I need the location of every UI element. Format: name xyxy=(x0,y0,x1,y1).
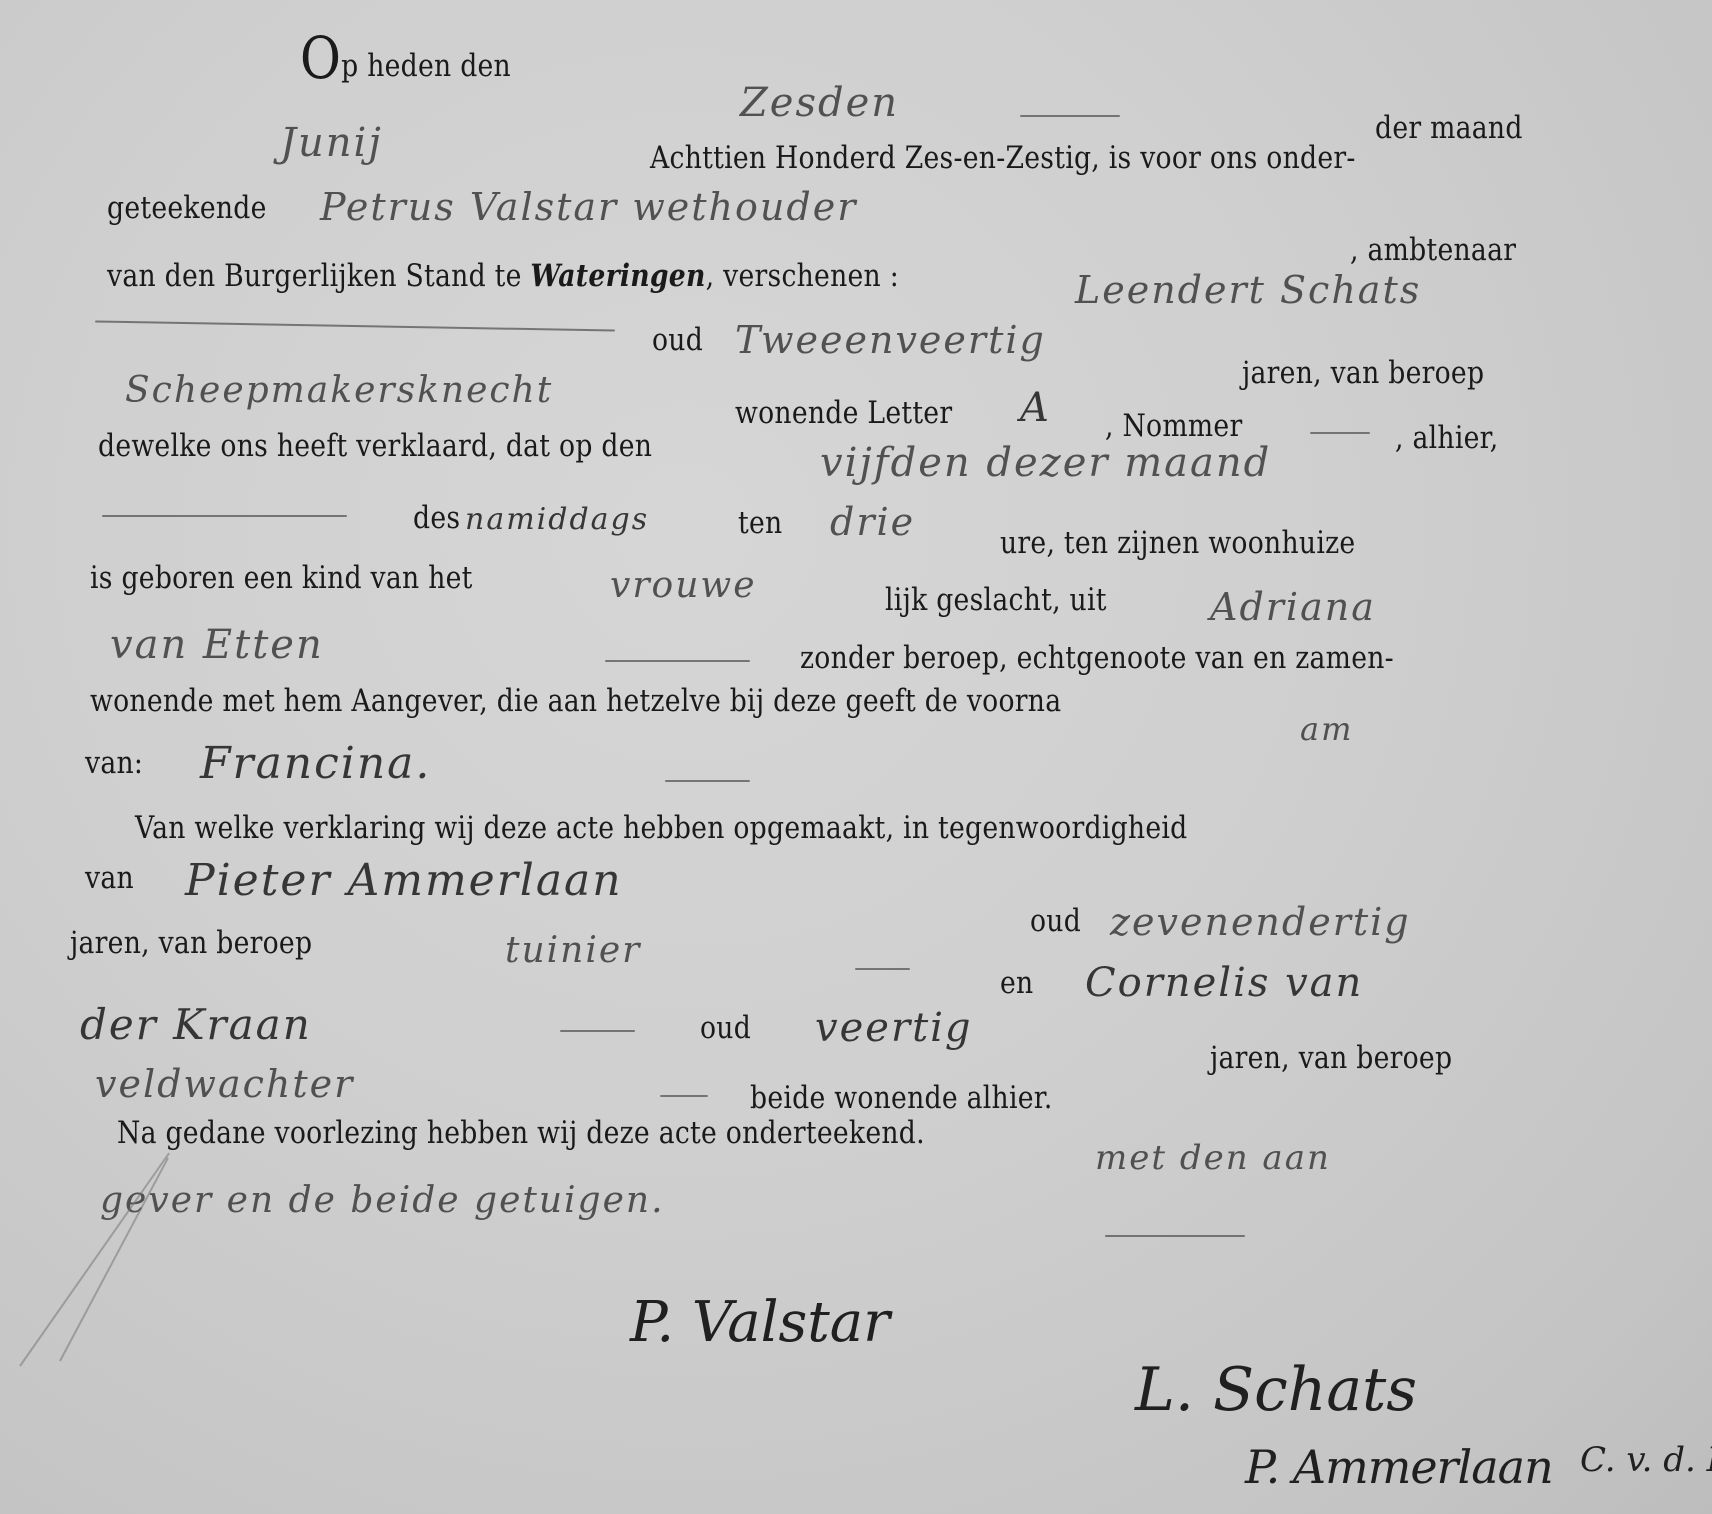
fill-dash xyxy=(855,968,910,970)
hand-day: Zesden xyxy=(740,80,899,126)
fill-dash xyxy=(605,660,750,662)
printed-aangever: wonende met hem Aangever, die aan hetzel… xyxy=(90,683,1061,719)
fill-dash xyxy=(102,515,347,517)
printed-nommer: , Nommer xyxy=(1105,408,1242,444)
printed-ure: ure, ten zijnen woonhuize xyxy=(1000,525,1355,561)
hand-witness1-name: Pieter Ammerlaan xyxy=(185,855,623,906)
fill-dash xyxy=(660,1095,708,1097)
signature-declarant: L. Schats xyxy=(1135,1355,1417,1425)
printed-burgerlijke-stand: van den Burgerlijken Stand te Wateringen… xyxy=(107,258,899,294)
hand-witness1-age: zevenendertig xyxy=(1110,900,1411,944)
signature-witness2: C. v. d. Kraan xyxy=(1580,1440,1712,1480)
printed-ten: ten xyxy=(738,505,782,541)
signature-official: P. Valstar xyxy=(630,1290,890,1355)
fill-dash xyxy=(95,320,615,331)
hand-letter: A xyxy=(1020,385,1051,431)
hand-closing-a: met den aan xyxy=(1095,1138,1331,1178)
hand-declarant-age: Tweeenveertig xyxy=(735,318,1046,362)
printed-year: Achttien Honderd Zes-en-Zestig, is voor … xyxy=(650,140,1356,176)
hand-birth-day: vijfden dezer maand xyxy=(820,440,1271,486)
printed-des: des xyxy=(413,500,460,536)
printed-zonder-beroep: zonder beroep, echtgenoote van en zamen- xyxy=(800,640,1394,676)
hand-time-of-day: namiddags xyxy=(465,502,649,537)
printed-month-label: der maand xyxy=(1375,110,1523,146)
hand-mother-first: Adriana xyxy=(1210,585,1376,629)
signature-witness1: P. Ammerlaan xyxy=(1245,1440,1553,1494)
printed-dewelke: dewelke ons heeft verklaard, dat op den xyxy=(98,428,652,464)
initial-letter: O xyxy=(300,24,341,92)
printed-geboren: is geboren een kind van het xyxy=(90,560,473,596)
printed-wonende-letter: wonende Letter xyxy=(735,395,952,431)
printed-ambtenaar: , ambtenaar xyxy=(1350,232,1516,268)
printed-text: , verschenen : xyxy=(706,258,899,294)
printed-van-witness: van xyxy=(85,860,134,896)
printed-oud-witness2: oud xyxy=(700,1010,751,1046)
printed-jaren-beroep-witness1: jaren, van beroep xyxy=(70,925,312,961)
printed-jaren-beroep-witness2: jaren, van beroep xyxy=(1210,1040,1452,1076)
printed-oud-witness1: oud xyxy=(1030,903,1081,939)
hand-witness2-occupation: veldwachter xyxy=(95,1062,354,1106)
hand-mother-last: van Etten xyxy=(110,622,324,668)
printed-opening: Op heden den xyxy=(300,48,511,84)
hand-official: Petrus Valstar wethouder xyxy=(320,185,857,229)
register-page: Op heden den Zesden der maand Junij Acht… xyxy=(0,0,1712,1514)
printed-van: van: xyxy=(85,745,143,781)
place-name: Wateringen xyxy=(530,258,705,294)
hand-witness1-occupation: tuinier xyxy=(505,930,641,971)
hand-witness2-name-a: Cornelis van xyxy=(1085,960,1363,1006)
printed-jaren-beroep: jaren, van beroep xyxy=(1242,355,1484,391)
printed-alhier: , alhier, xyxy=(1395,420,1498,456)
printed-voorlezing: Na gedane voorlezing hebben wij deze act… xyxy=(117,1115,925,1151)
printed-geteekende: geteekende xyxy=(107,190,267,226)
hand-witness2-age: veertig xyxy=(815,1005,973,1051)
fill-dash xyxy=(1310,432,1370,434)
fill-dash xyxy=(1020,115,1120,117)
printed-text: van den Burgerlijken Stand te xyxy=(107,258,530,294)
printed-text: p heden den xyxy=(341,48,511,84)
hand-declarant-occupation: Scheepmakersknecht xyxy=(125,370,553,411)
printed-en: en xyxy=(1000,965,1033,1001)
fill-dash xyxy=(560,1030,635,1032)
hand-sex: vrouwe xyxy=(610,565,757,606)
printed-verklaring: Van welke verklaring wij deze acte hebbe… xyxy=(135,810,1188,846)
fill-dash xyxy=(665,780,750,782)
printed-geslacht: lijk geslacht, uit xyxy=(885,582,1107,618)
pencil-stroke xyxy=(19,1152,170,1366)
fill-dash xyxy=(1105,1235,1245,1237)
hand-declarant: Leendert Schats xyxy=(1075,268,1421,312)
hand-month: Junij xyxy=(280,120,383,166)
hand-witness2-name-b: der Kraan xyxy=(80,1000,312,1049)
printed-beide-wonende: beide wonende alhier. xyxy=(750,1080,1053,1116)
hand-name-suffix: am xyxy=(1300,710,1353,748)
hand-hour: drie xyxy=(830,500,915,544)
hand-closing-b: gever en de beide getuigen. xyxy=(100,1180,665,1221)
printed-oud: oud xyxy=(652,322,703,358)
hand-child-name: Francina. xyxy=(200,738,431,789)
